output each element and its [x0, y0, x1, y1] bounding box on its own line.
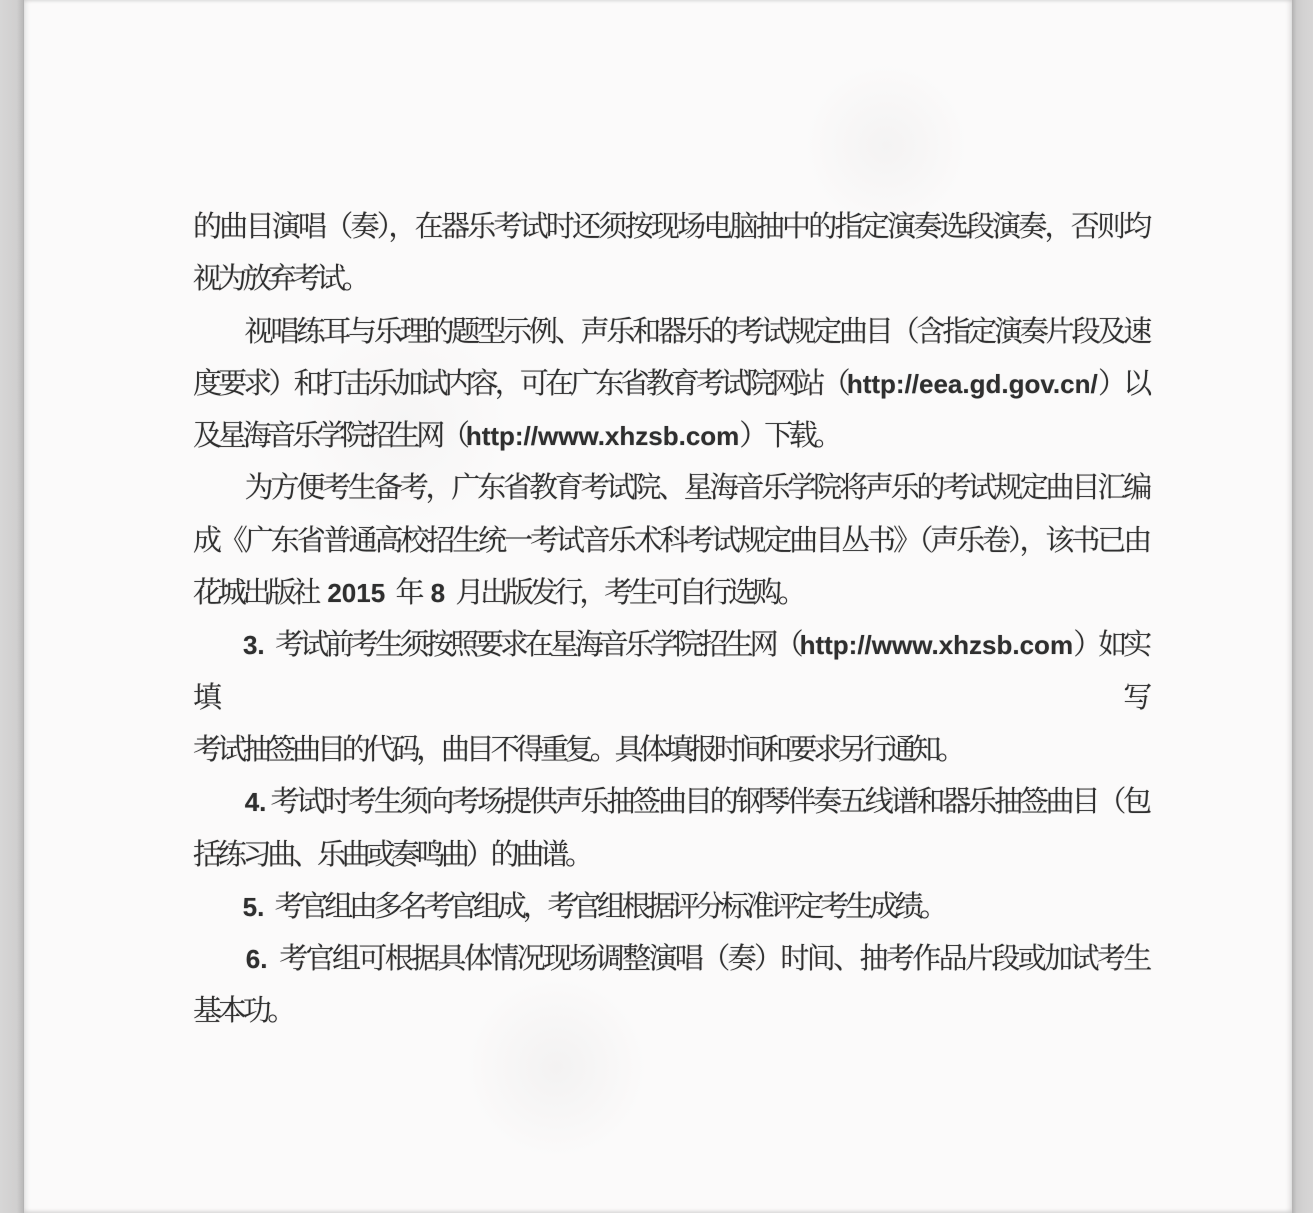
cjk-text: 视唱练耳与乐理的题型示例、声乐和器乐的考试规定曲目（含指定演奏片段及速: [193, 316, 1148, 348]
cjk-text: 括练习曲、乐曲或奏鸣曲）的曲谱。: [193, 839, 590, 871]
cjk-text: 考试抽签曲目的代码，曲目不得重复。具体填报时间和要求另行通知。: [193, 734, 962, 766]
cjk-text: 考试时考生须向考场提供声乐抽签曲目的钢琴伴奏五线谱和器乐抽签曲目（包: [266, 786, 1148, 818]
text-line: 花城出版社 2015 年 8 月出版发行，考生可自行选购。: [193, 567, 1148, 619]
url-text: http://eea.gd.gov.cn/: [847, 369, 1098, 399]
item-number: 5.: [243, 892, 265, 922]
document-page: 的曲目演唱（奏），在器乐考试时还须按现场电脑抽中的指定演奏选段演奏，否则均 视为…: [24, 0, 1292, 1213]
indent-space: [193, 629, 243, 661]
cjk-text: 成《广东省普通高校招生统一考试音乐术科考试规定曲目丛书》（声乐卷），该书已由: [193, 525, 1148, 557]
indent-space: [193, 786, 245, 818]
text-line: 考试抽签曲目的代码，曲目不得重复。具体填报时间和要求另行通知。: [193, 724, 1148, 776]
month-number: 8: [431, 578, 445, 608]
cjk-text: 基本功。: [193, 995, 292, 1027]
year-number: 2015: [327, 578, 385, 608]
scanner-margin-right: [1292, 0, 1313, 1213]
url-text: http://www.xhzsb.com: [800, 630, 1073, 660]
cjk-text: ）以: [1098, 368, 1148, 400]
text-line: 视唱练耳与乐理的题型示例、声乐和器乐的考试规定曲目（含指定演奏片段及速: [193, 306, 1148, 358]
item-number: 3.: [243, 630, 265, 660]
text-line: 及星海音乐学院招生网（http://www.xhzsb.com）下载。: [193, 410, 1148, 462]
text-line: 6. 考官组可根据具体情况现场调整演唱（奏）时间、抽考作品片段或加试考生: [193, 933, 1148, 985]
cjk-text: 考官组由多名考官组成，考官组根据评分标准评定考生成绩。: [264, 891, 944, 923]
indent-space: [193, 943, 246, 975]
url-text: http://www.xhzsb.com: [466, 421, 739, 451]
scanned-document: 的曲目演唱（奏），在器乐考试时还须按现场电脑抽中的指定演奏选段演奏，否则均 视为…: [0, 0, 1313, 1213]
cjk-text: 花城出版社: [193, 577, 327, 609]
cjk-text: 视为放弃考试。: [193, 263, 367, 295]
item-number: 6.: [246, 944, 268, 974]
cjk-text: 的曲目演唱（奏），在器乐考试时还须按现场电脑抽中的指定演奏选段演奏，否则均: [193, 211, 1148, 243]
cjk-text: ）下载。: [739, 420, 838, 452]
text-line: 4. 考试时考生须向考场提供声乐抽签曲目的钢琴伴奏五线谱和器乐抽签曲目（包: [193, 776, 1148, 828]
cjk-text: 年: [385, 577, 430, 609]
cjk-text: 为方便考生备考，广东省教育考试院、星海音乐学院将声乐的考试规定曲目汇编: [193, 472, 1148, 504]
cjk-text: 考官组可根据具体情况现场调整演唱（奏）时间、抽考作品片段或加试考生: [267, 943, 1148, 975]
cjk-text: 考试前考生须按照要求在星海音乐学院招生网（: [265, 629, 800, 661]
text-line: 基本功。: [193, 985, 1148, 1037]
text-line: 括练习曲、乐曲或奏鸣曲）的曲谱。: [193, 829, 1148, 881]
document-text-block: 的曲目演唱（奏），在器乐考试时还须按现场电脑抽中的指定演奏选段演奏，否则均 视为…: [193, 201, 1148, 1038]
text-line: 5. 考官组由多名考官组成，考官组根据评分标准评定考生成绩。: [193, 881, 1148, 933]
cjk-text: 度要求）和打击乐加试内容，可在广东省教育考试院网站（: [193, 368, 847, 400]
scanner-margin-left: [0, 0, 24, 1213]
text-line: 的曲目演唱（奏），在器乐考试时还须按现场电脑抽中的指定演奏选段演奏，否则均: [193, 201, 1148, 253]
text-line: 3. 考试前考生须按照要求在星海音乐学院招生网（http://www.xhzsb…: [193, 619, 1148, 724]
cjk-text: 月出版发行，考生可自行选购。: [445, 577, 803, 609]
cjk-text: 及星海音乐学院招生网（: [193, 420, 466, 452]
item-number: 4.: [245, 787, 267, 817]
text-line: 视为放弃考试。: [193, 253, 1148, 305]
text-line: 度要求）和打击乐加试内容，可在广东省教育考试院网站（http://eea.gd.…: [193, 358, 1148, 410]
text-line: 为方便考生备考，广东省教育考试院、星海音乐学院将声乐的考试规定曲目汇编: [193, 462, 1148, 514]
indent-space: [193, 891, 243, 923]
text-line: 成《广东省普通高校招生统一考试音乐术科考试规定曲目丛书》（声乐卷），该书已由: [193, 515, 1148, 567]
